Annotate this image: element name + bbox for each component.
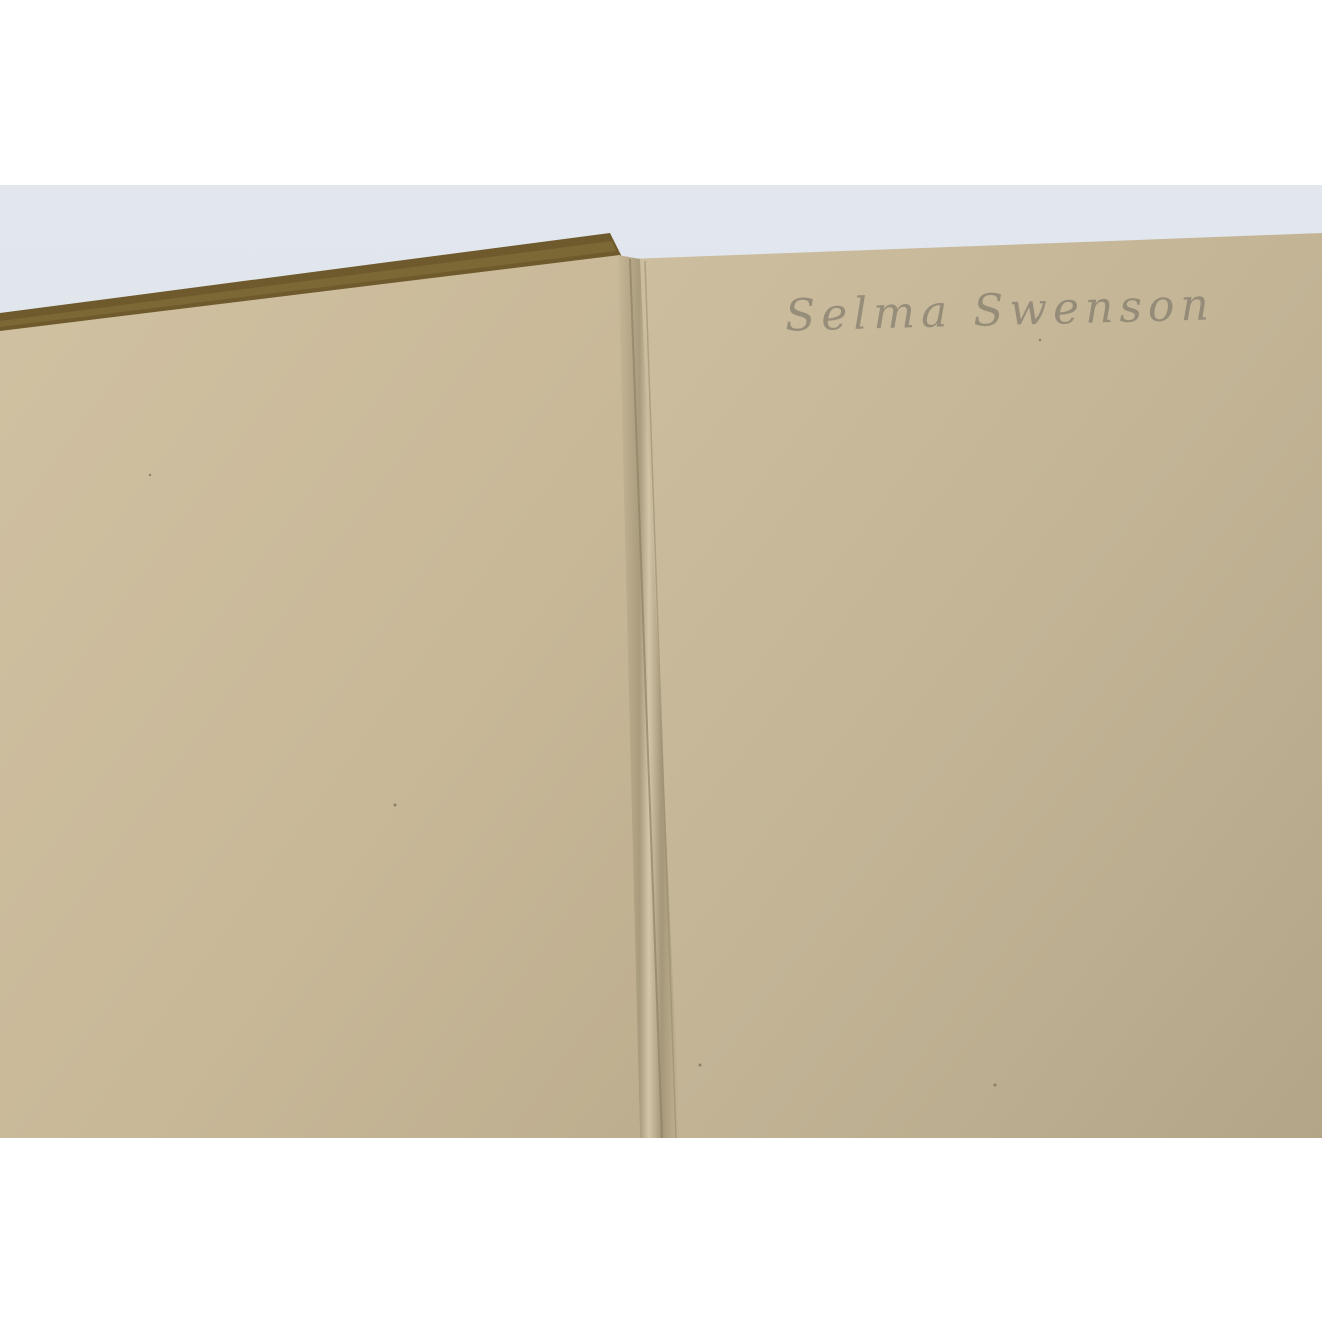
right-flyleaf: [630, 233, 1322, 1138]
left-endpaper: [0, 255, 640, 1138]
book-photo: Selma Swenson: [0, 185, 1322, 1138]
